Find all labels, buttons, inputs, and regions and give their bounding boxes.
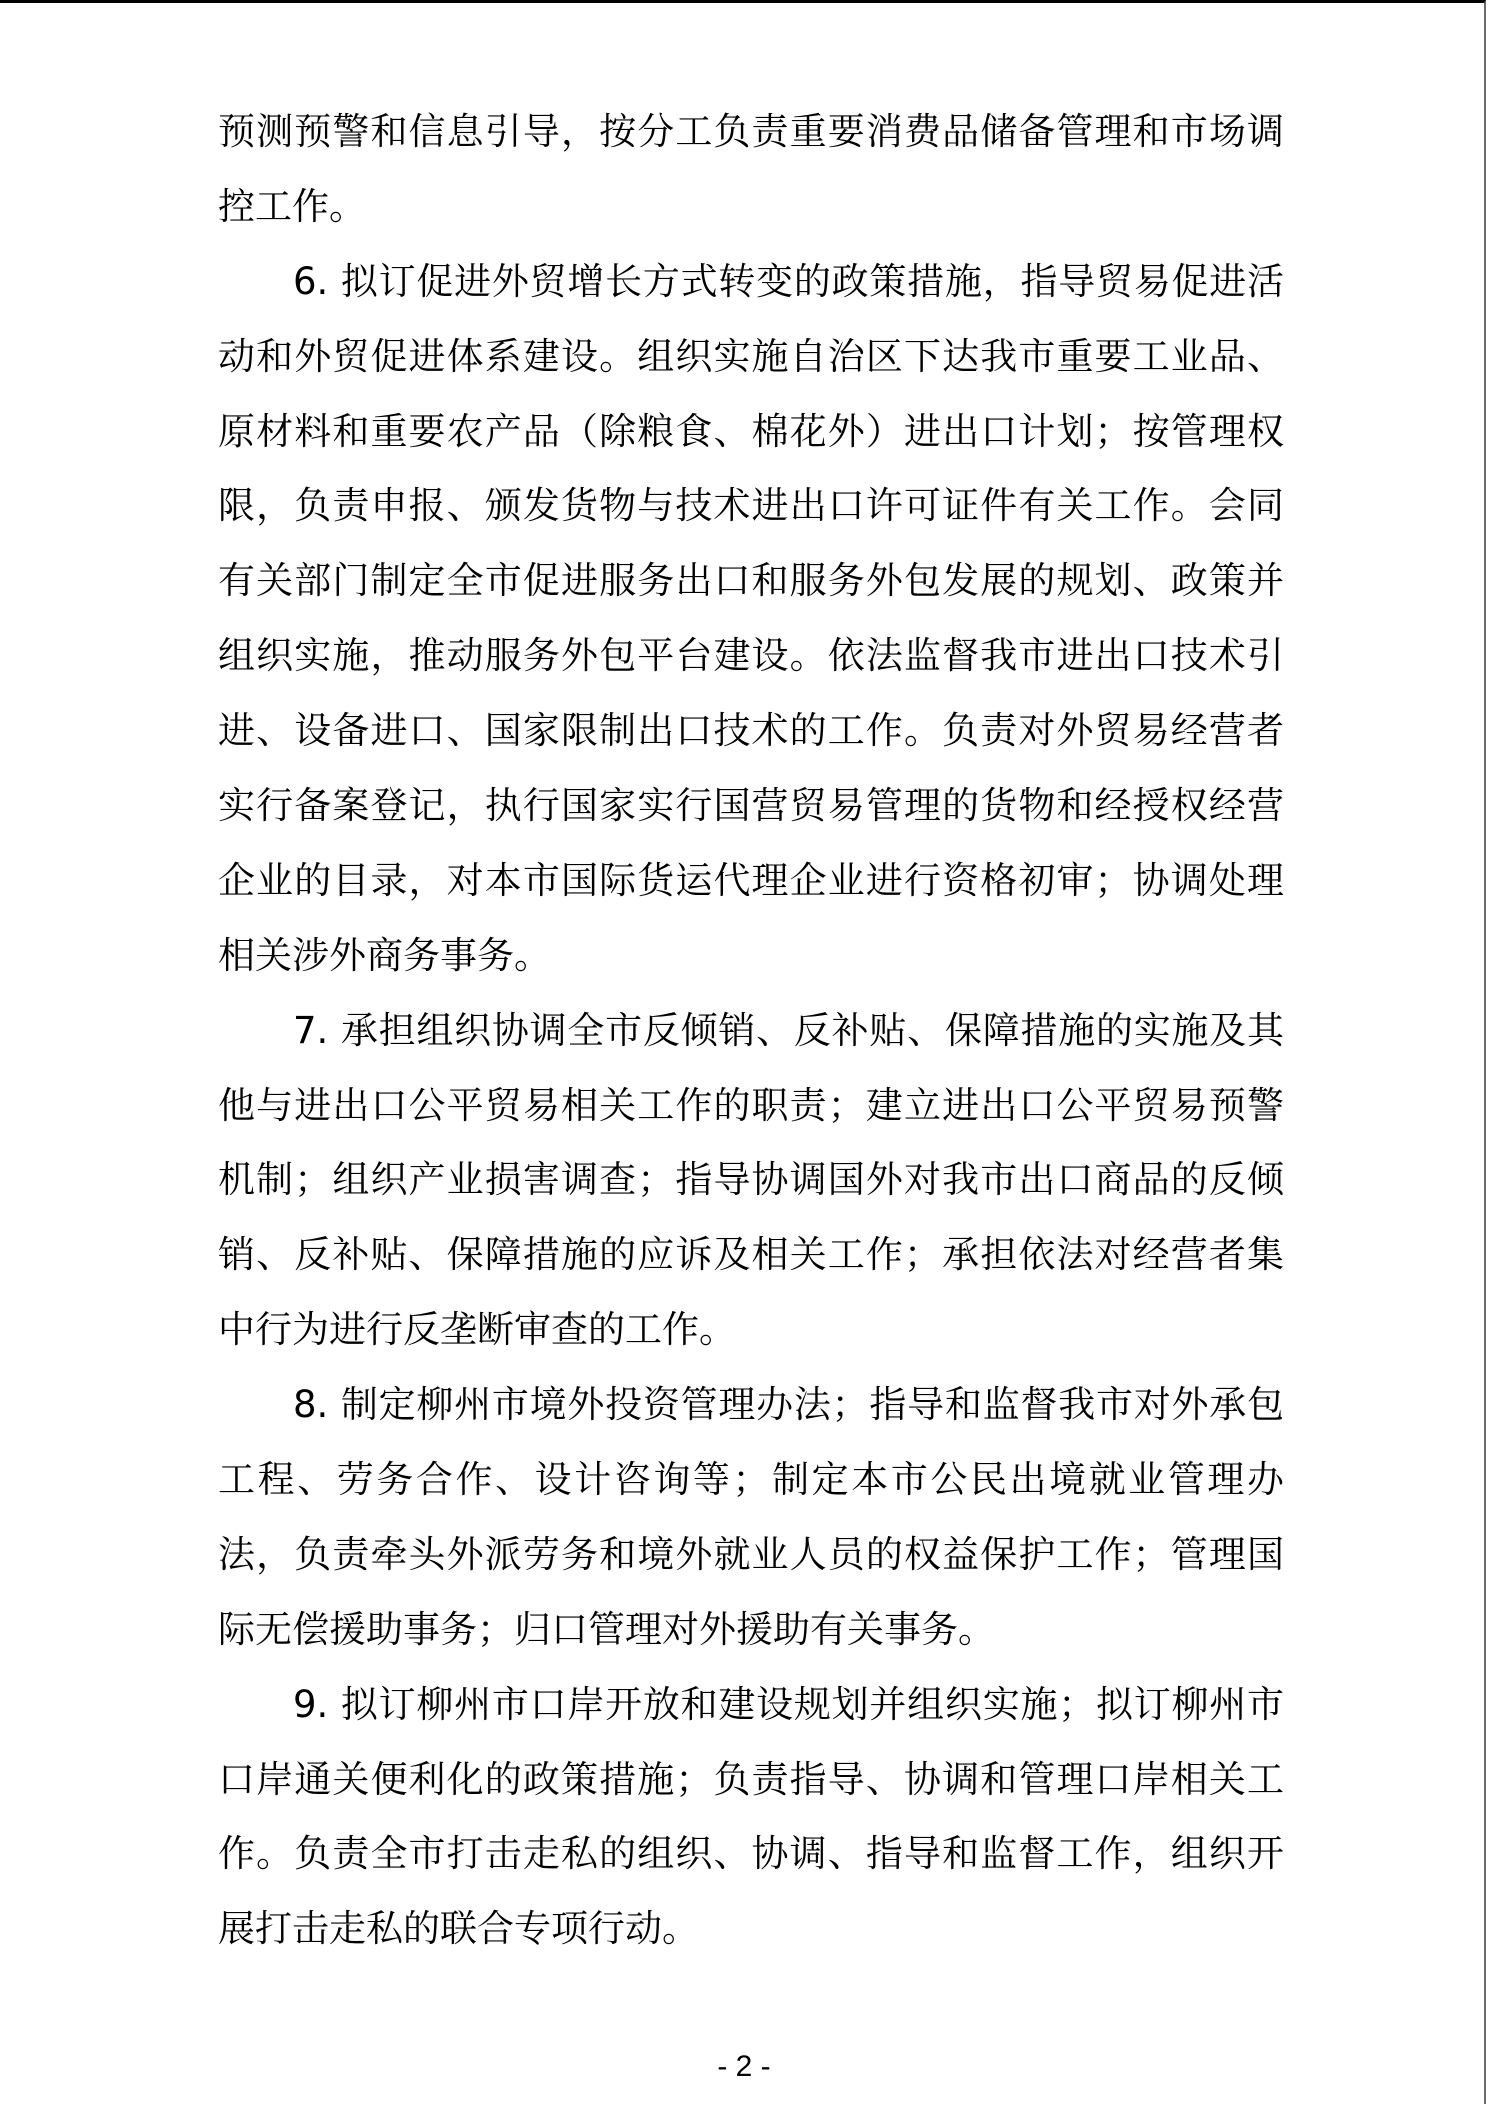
text-line: 原材料和重要农产品（除粮食、棉花外）进出口计划；按管理权	[218, 395, 1284, 470]
text-line: 际无偿援助事务；归口管理对外援助有关事务。	[218, 1593, 1284, 1668]
text-line-first: 7. 承担组织协调全市反倾销、反补贴、保障措施的实施及其	[218, 994, 1284, 1069]
text-line: 销、反补贴、保障措施的应诉及相关工作；承担依法对经营者集	[218, 1218, 1284, 1293]
text-line: 机制；组织产业损害调查；指导协调国外对我市出口商品的反倾	[218, 1143, 1284, 1218]
text-line-first: 9. 拟订柳州市口岸开放和建设规划并组织实施；拟订柳州市	[218, 1668, 1284, 1743]
text-line: 展打击走私的联合专项行动。	[218, 1892, 1284, 1967]
text-line: 进、设备进口、国家限制出口技术的工作。负责对外贸易经营者	[218, 694, 1284, 769]
text-line: 作。负责全市打击走私的组织、协调、指导和监督工作，组织开	[218, 1817, 1284, 1892]
text-line: 他与进出口公平贸易相关工作的职责；建立进出口公平贸易预警	[218, 1069, 1284, 1144]
text-line: 法，负责牵头外派劳务和境外就业人员的权益保护工作；管理国	[218, 1518, 1284, 1593]
text-line: 口岸通关便利化的政策措施；负责指导、协调和管理口岸相关工	[218, 1743, 1284, 1818]
text-line: 相关涉外商务事务。	[218, 919, 1284, 994]
text-line-first: 6. 拟订促进外贸增长方式转变的政策措施，指导贸易促进活	[218, 245, 1284, 320]
text-line: 实行备案登记，执行国家实行国营贸易管理的货物和经授权经营	[218, 769, 1284, 844]
text-line: 企业的目录，对本市国际货运代理企业进行资格初审；协调处理	[218, 844, 1284, 919]
text-line: 有关部门制定全市促进服务出口和服务外包发展的规划、政策并	[218, 544, 1284, 619]
paragraph-5-continued: 预测预警和信息引导，按分工负责重要消费品储备管理和市场调 控工作。	[218, 95, 1284, 245]
text-line-first: 8. 制定柳州市境外投资管理办法；指导和监督我市对外承包	[218, 1368, 1284, 1443]
body-text: 预测预警和信息引导，按分工负责重要消费品储备管理和市场调 控工作。 6. 拟订促…	[218, 95, 1284, 1967]
text-line: 限，负责申报、颁发货物与技术进出口许可证件有关工作。会同	[218, 469, 1284, 544]
text-line: 组织实施，推动服务外包平台建设。依法监督我市进出口技术引	[218, 619, 1284, 694]
text-line: 工程、劳务合作、设计咨询等；制定本市公民出境就业管理办	[218, 1443, 1284, 1518]
page-number: - 2 -	[0, 2047, 1488, 2087]
text-line: 控工作。	[218, 170, 1284, 245]
paragraph-9: 9. 拟订柳州市口岸开放和建设规划并组织实施；拟订柳州市 口岸通关便利化的政策措…	[218, 1668, 1284, 1968]
text-line: 预测预警和信息引导，按分工负责重要消费品储备管理和市场调	[218, 95, 1284, 170]
text-line: 中行为进行反垄断审查的工作。	[218, 1293, 1284, 1368]
paragraph-7: 7. 承担组织协调全市反倾销、反补贴、保障措施的实施及其 他与进出口公平贸易相关…	[218, 994, 1284, 1368]
document-page: 预测预警和信息引导，按分工负责重要消费品储备管理和市场调 控工作。 6. 拟订促…	[0, 0, 1486, 2104]
text-line: 动和外贸促进体系建设。组织实施自治区下达我市重要工业品、	[218, 320, 1284, 395]
paragraph-6: 6. 拟订促进外贸增长方式转变的政策措施，指导贸易促进活 动和外贸促进体系建设。…	[218, 245, 1284, 994]
paragraph-8: 8. 制定柳州市境外投资管理办法；指导和监督我市对外承包 工程、劳务合作、设计咨…	[218, 1368, 1284, 1668]
